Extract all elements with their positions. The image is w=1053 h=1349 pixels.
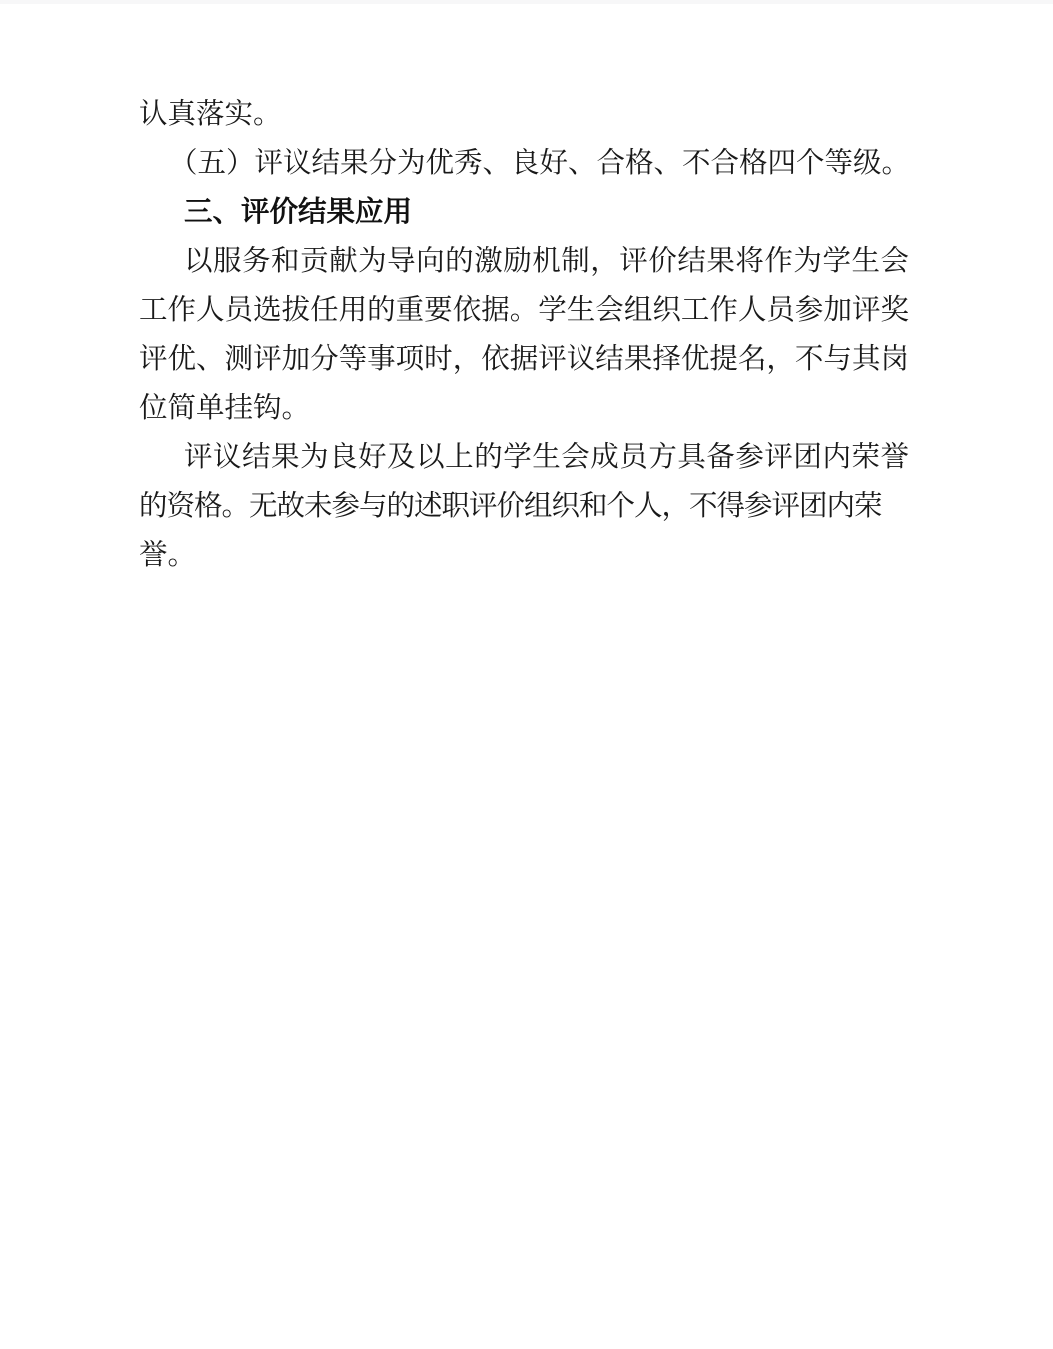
body-line: 评优、测评加分等事项时，依据评议结果择优提名，不与其岗 xyxy=(139,335,909,384)
document-text-block: 认真落实。 （五）评议结果分为优秀、良好、合格、不合格四个等级。 三、评价结果应… xyxy=(139,90,909,580)
body-line: （五）评议结果分为优秀、良好、合格、不合格四个等级。 xyxy=(139,139,909,188)
section-heading: 三、评价结果应用 xyxy=(139,188,909,237)
body-line: 的资格。无故未参与的述职评价组织和个人，不得参评团内荣 xyxy=(139,482,909,531)
body-line: 以服务和贡献为导向的激励机制，评价结果将作为学生会 xyxy=(139,237,909,286)
body-line: 位简单挂钩。 xyxy=(139,384,909,433)
body-line: 誉。 xyxy=(139,531,909,580)
body-line: 工作人员选拔任用的重要依据。学生会组织工作人员参加评奖 xyxy=(139,286,909,335)
body-line: 认真落实。 xyxy=(139,90,909,139)
page-top-edge xyxy=(0,0,1053,4)
body-line: 评议结果为良好及以上的学生会成员方具备参评团内荣誉 xyxy=(139,433,909,482)
document-page: { "page": { "background_color": "#ffffff… xyxy=(0,0,1053,1349)
